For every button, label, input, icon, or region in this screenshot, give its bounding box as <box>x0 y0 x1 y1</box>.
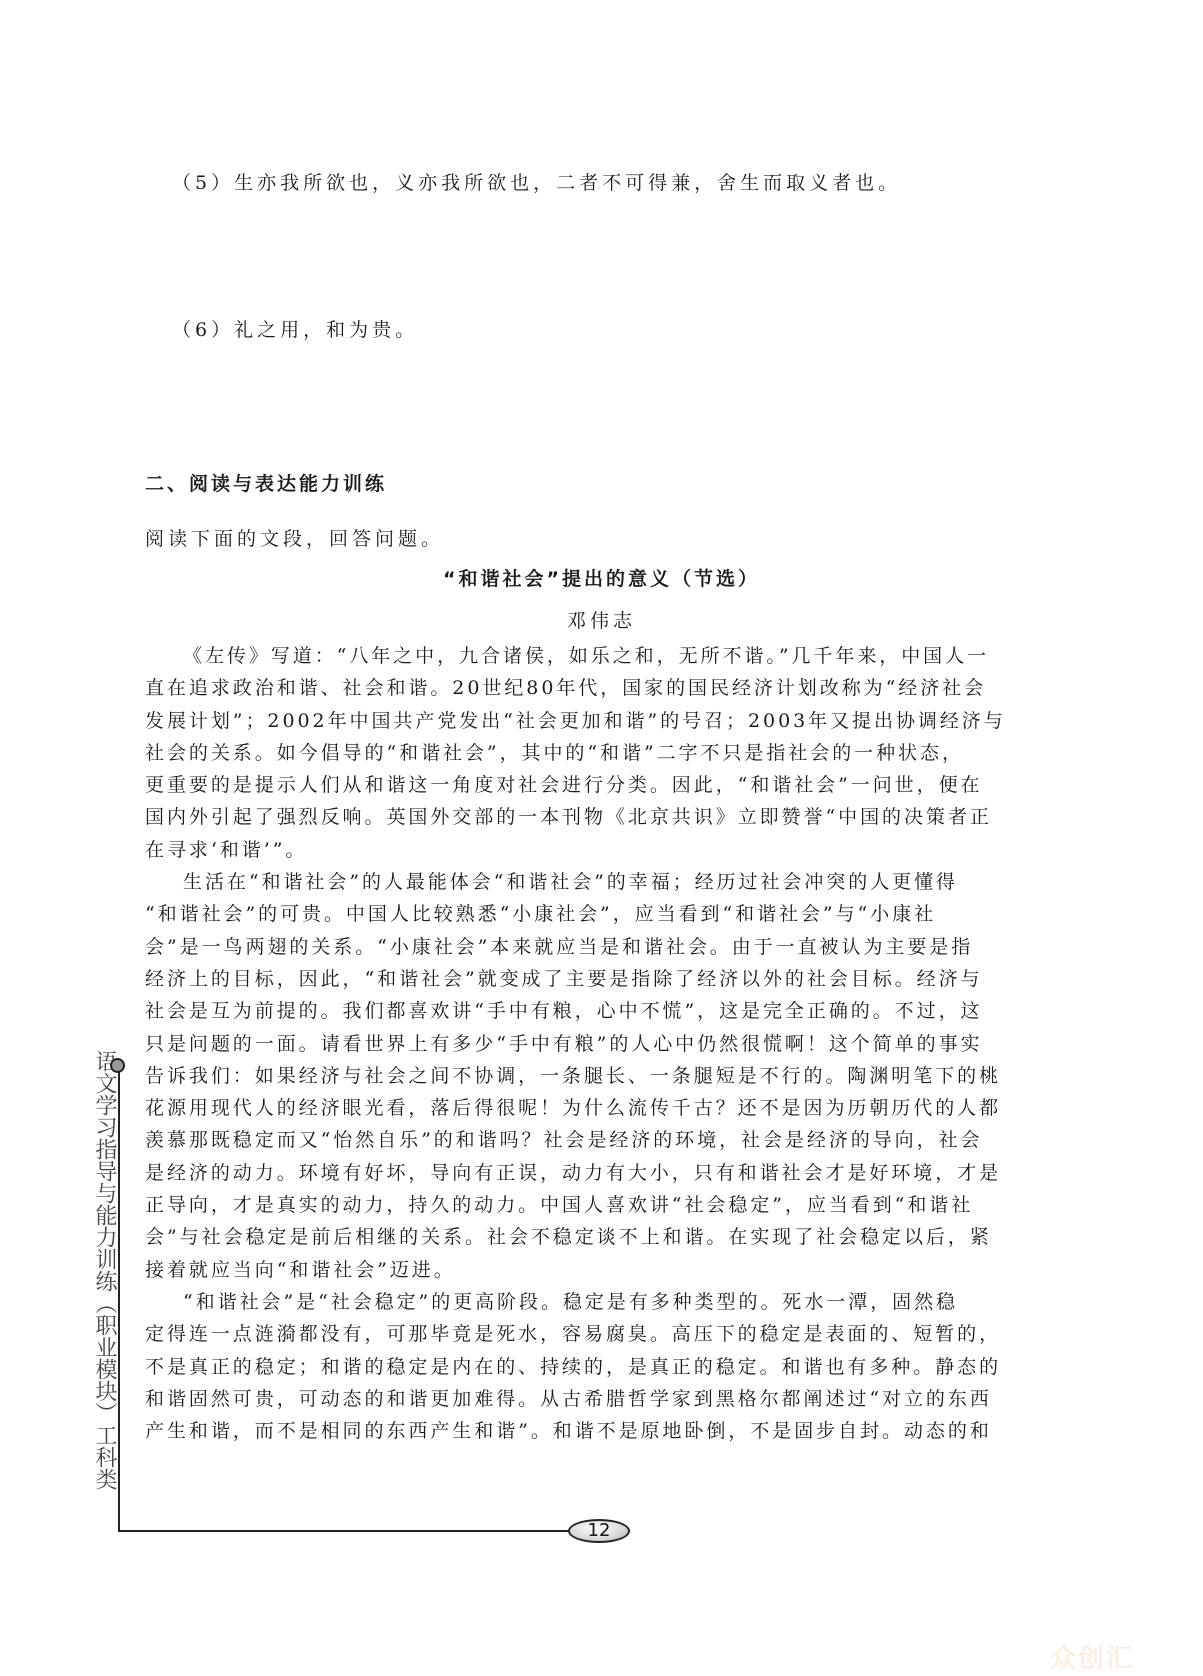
paragraph-line: 经济上的目标，因此，“和谐社会”就变成了主要是指除了经济以外的社会目标。经济与 <box>145 963 1057 995</box>
paragraph-line: 告诉我们：如果经济与社会之间不协调，一条腿长、一条腿短是不行的。陶渊明笔下的桃 <box>145 1060 1057 1092</box>
paragraph-line: 正导向，才是真实的动力，持久的动力。中国人喜欢讲“社会稳定”，应当看到“和谐社 <box>145 1189 1057 1221</box>
paragraph-line: 直在追求政治和谐、社会和谐。20世纪80年代，国家的国民经济计划改称为“经济社会 <box>145 672 1057 704</box>
paragraph-line: 生活在“和谐社会”的人最能体会“和谐社会”的幸福；经历过社会冲突的人更懂得 <box>145 866 1057 898</box>
paragraph-line: 和谐固然可贵，可动态的和谐更加难得。从古希腊哲学家到黑格尔都阐述过“对立的东西 <box>145 1383 1057 1415</box>
paragraph-line: 发展计划”；2002年中国共产党发出“社会更加和谐”的号召；2003年又提出协调… <box>145 705 1057 737</box>
paragraph-line: 国内外引起了强烈反响。英国外交部的一本刊物《北京共识》立即赞誉“中国的决策者正 <box>145 801 1057 833</box>
section-heading: 二、阅读与表达能力训练 <box>145 469 387 496</box>
section-instruction: 阅读下面的文段，回答问题。 <box>145 524 444 551</box>
article-body: 《左传》写道：“八年之中，九合诸侯，如乐之和，无所不谐。”几千年来，中国人一 直… <box>145 640 1057 1447</box>
margin-dot-icon <box>110 1058 125 1073</box>
footer-rule <box>118 1530 568 1532</box>
paragraph-line: 花源用现代人的经济眼光看，落后得很呢！为什么流传千古？还不是因为历朝历代的人都 <box>145 1092 1057 1124</box>
article-author: 邓伟志 <box>0 606 1203 633</box>
paragraph-line: 社会是互为前提的。我们都喜欢讲“手中有粮，心中不慌”，这是完全正确的。不过，这 <box>145 995 1057 1027</box>
exercise-item-6: （6）礼之用，和为贵。 <box>172 315 418 342</box>
exercise-number: （6） <box>172 319 234 341</box>
exercise-text: 礼之用，和为贵。 <box>234 319 418 341</box>
article-title: “和谐社会”提出的意义（节选） <box>0 564 1203 591</box>
paragraph-line: 不是真正的稳定；和谐的稳定是内在的、持续的，是真正的稳定。和谐也有多种。静态的 <box>145 1351 1057 1383</box>
paragraph-line: 定得连一点涟漪都没有，可那毕竟是死水，容易腐臭。高压下的稳定是表面的、短暂的， <box>145 1318 1057 1350</box>
paragraph-line: 产生和谐，而不是相同的东西产生和谐”。和谐不是原地卧倒，不是固步自封。动态的和 <box>145 1415 1057 1447</box>
paragraph-line: 更重要的是提示人们从和谐这一角度对社会进行分类。因此，“和谐社会”一问世，便在 <box>145 769 1057 801</box>
paragraph-line: 社会的关系。如今倡导的“和谐社会”，其中的“和谐”二字不只是指社会的一种状态， <box>145 737 1057 769</box>
paragraph-line: 是经济的动力。环境有好坏，导向有正误，动力有大小，只有和谐社会才是好环境，才是 <box>145 1157 1057 1189</box>
paragraph-line: 接着就应当向“和谐社会”迈进。 <box>145 1254 1057 1286</box>
paragraph-line: 《左传》写道：“八年之中，九合诸侯，如乐之和，无所不谐。”几千年来，中国人一 <box>145 640 1057 672</box>
book-title-vertical: 语文学习指导与能力训练（职业模块）工科类 <box>86 1050 116 1490</box>
exercise-number: （5） <box>172 172 234 194</box>
paragraph-line: 羡慕那既稳定而又“怡然自乐”的和谐吗？社会是经济的环境，社会是经济的导向，社会 <box>145 1124 1057 1156</box>
paragraph-line: 在寻求‘和谐’”。 <box>145 834 1057 866</box>
margin-rule <box>118 1070 120 1532</box>
paragraph-line: 会”是一鸟两翅的关系。“小康社会”本来就应当是和谐社会。由于一直被认为主要是指 <box>145 931 1057 963</box>
exercise-text: 生亦我所欲也，义亦我所欲也，二者不可得兼，舍生而取义者也。 <box>234 172 901 194</box>
exercise-item-5: （5）生亦我所欲也，义亦我所欲也，二者不可得兼，舍生而取义者也。 <box>172 168 901 195</box>
paragraph-line: “和谐社会”的可贵。中国人比较熟悉“小康社会”，应当看到“和谐社会”与“小康社 <box>145 898 1057 930</box>
page-number-badge: 12 <box>568 1519 630 1543</box>
paragraph-line: “和谐社会”是“社会稳定”的更高阶段。稳定是有多种类型的。死水一潭，固然稳 <box>145 1286 1057 1318</box>
paragraph-line: 会”与社会稳定是前后相继的关系。社会不稳定谈不上和谐。在实现了社会稳定以后，紧 <box>145 1221 1057 1253</box>
watermark-logo: 众创汇 <box>1050 1638 1134 1675</box>
paragraph-line: 只是问题的一面。请看世界上有多少“手中有粮”的人心中仍然很慌啊！这个简单的事实 <box>145 1028 1057 1060</box>
